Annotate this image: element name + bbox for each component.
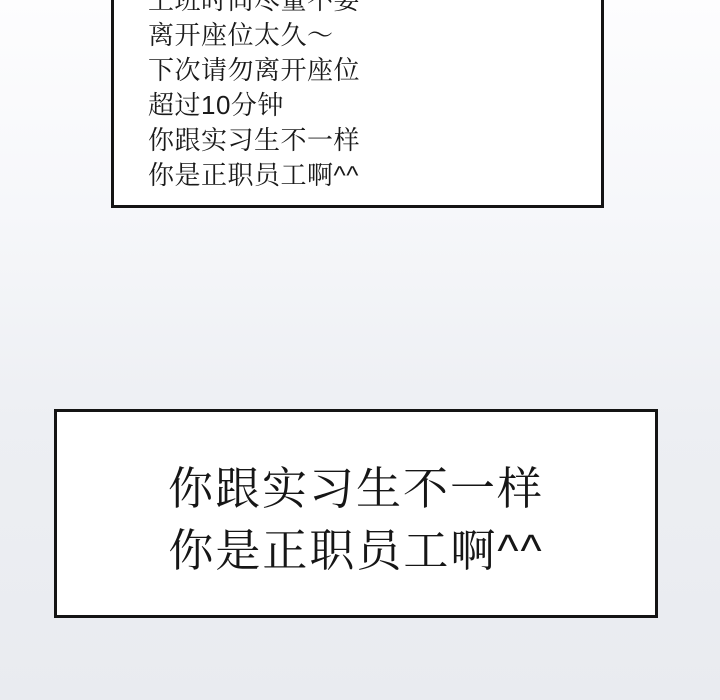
speech-text-box-top: 上班时间尽量不要 离开座位太久～ 下次请勿离开座位 超过10分钟 你跟实习生不一… (111, 0, 604, 208)
speech-line-4: 超过10分钟 (148, 88, 601, 123)
caption-text-box-bottom: 你跟实习生不一样 你是正职员工啊^^ (54, 409, 658, 618)
speech-text-block: 上班时间尽量不要 离开座位太久～ 下次请勿离开座位 超过10分钟 你跟实习生不一… (114, 0, 601, 193)
speech-line-5: 你跟实习生不一样 (148, 123, 601, 158)
speech-line-1: 上班时间尽量不要 (148, 0, 601, 18)
caption-line-2: 你是正职员工啊^^ (168, 520, 544, 582)
speech-line-6: 你是正职员工啊^^ (148, 158, 601, 193)
caption-text-block: 你跟实习生不一样 你是正职员工啊^^ (168, 458, 544, 582)
speech-line-2: 离开座位太久～ (148, 18, 601, 53)
caption-line-1: 你跟实习生不一样 (168, 458, 544, 520)
speech-line-3: 下次请勿离开座位 (148, 53, 601, 88)
